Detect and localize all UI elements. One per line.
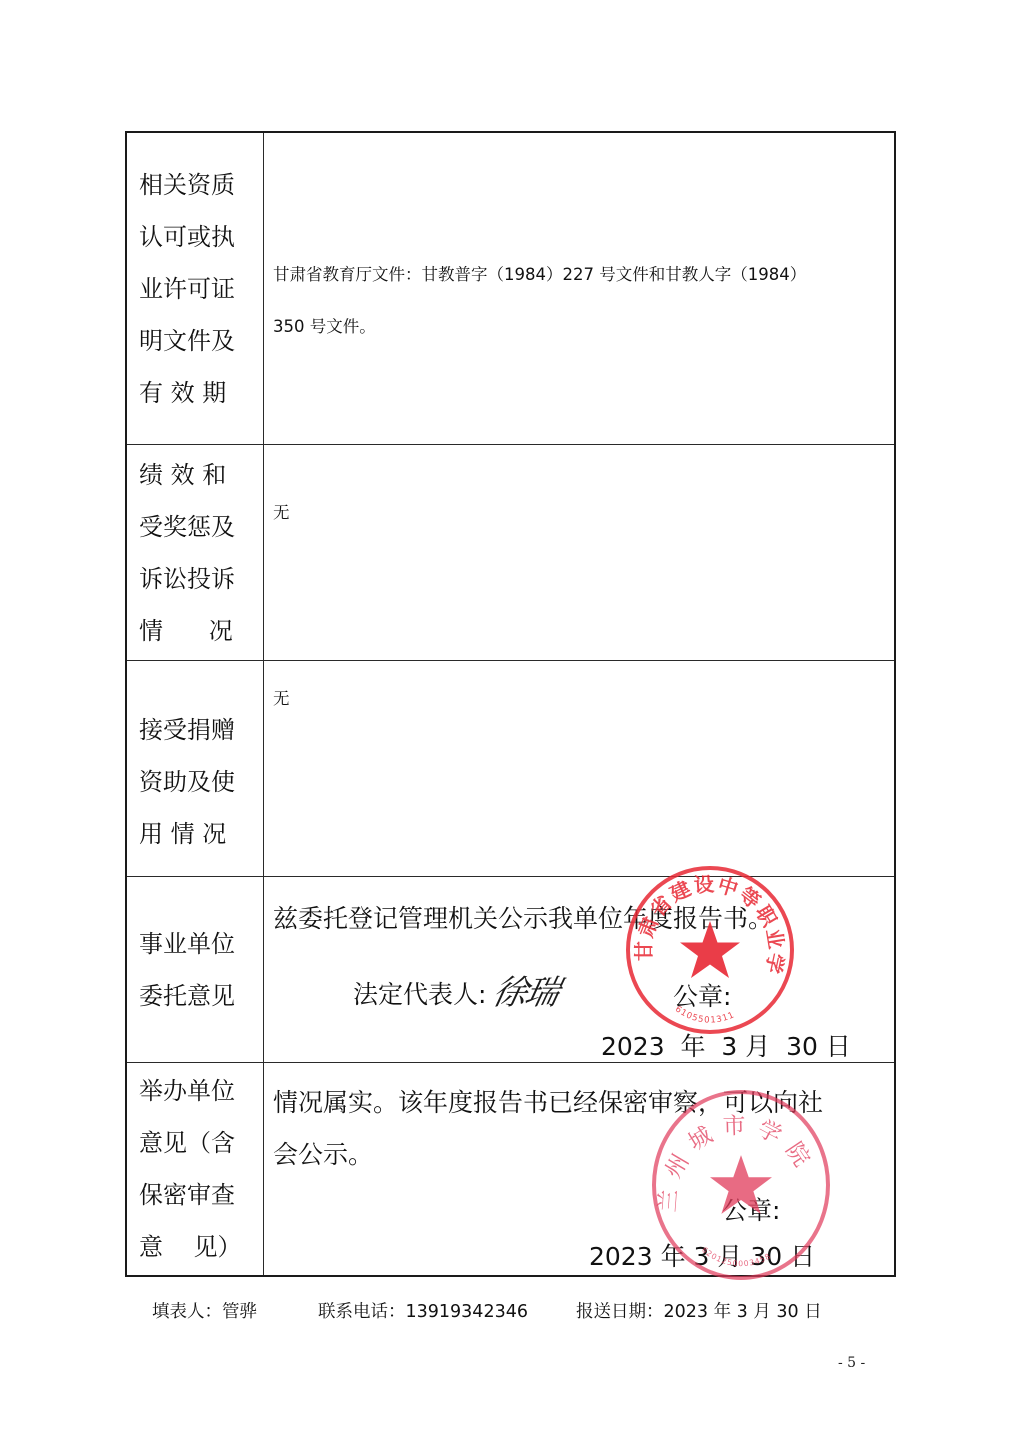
row-content: 情况属实。该年度报告书已经保密审察，可以向社 会公示。 公章: 2023 年 3… (264, 1063, 894, 1275)
row-content: 甘肃省教育厅文件：甘教普字（1984）227 号文件和甘教人字（1984） 35… (264, 133, 894, 444)
sponsor-date: 2023 年 3 月 30 日 (589, 1237, 815, 1273)
row-entrust-opinion: 事业单位 委托意见 兹委托登记管理机关公示我单位年度报告书。 法定代表人: 徐瑞… (127, 877, 894, 1063)
legal-representative-label: 法定代表人: (353, 975, 486, 1011)
label-line: 认可或执 (139, 211, 249, 263)
label-line: 业许可证 (139, 263, 249, 315)
row-performance-awards-litigation: 绩 效 和 受奖惩及 诉讼投诉 情 况 无 (127, 445, 894, 661)
document-page: 相关资质 认可或执 业许可证 明文件及 有 效 期 甘肃省教育厅文件：甘教普字（… (0, 0, 1024, 1453)
row-label: 相关资质 认可或执 业许可证 明文件及 有 效 期 (127, 133, 263, 444)
label-line: 委托意见 (139, 970, 249, 1022)
label-line: 保密审查 (139, 1169, 249, 1221)
label-line: 举办单位 (139, 1065, 249, 1117)
content-line: 甘肃省教育厅文件：甘教普字（1984）227 号文件和甘教人字（1984） (273, 261, 806, 285)
row-label: 绩 效 和 受奖惩及 诉讼投诉 情 况 (127, 445, 263, 660)
label-line: 意 见） (139, 1221, 249, 1273)
page-number: - 5 - (838, 1355, 865, 1371)
report-date: 报送日期：2023 年 3 月 30 日 (576, 1298, 822, 1323)
label-line: 绩 效 和 (139, 449, 249, 501)
row-label: 接受捐赠 资助及使 用 情 况 (127, 661, 263, 876)
label-line: 意见（含 (139, 1117, 249, 1169)
annual-report-table: 相关资质 认可或执 业许可证 明文件及 有 效 期 甘肃省教育厅文件：甘教普字（… (125, 131, 896, 1277)
entrust-statement: 兹委托登记管理机关公示我单位年度报告书。 (273, 899, 773, 935)
label-line: 用 情 况 (139, 808, 249, 860)
signature: 徐瑞 (489, 965, 563, 1014)
row-qualifications: 相关资质 认可或执 业许可证 明文件及 有 效 期 甘肃省教育厅文件：甘教普字（… (127, 133, 894, 445)
row-content: 兹委托登记管理机关公示我单位年度报告书。 法定代表人: 徐瑞 公章: 2023 … (264, 877, 894, 1062)
official-seal-label: 公章: (673, 977, 731, 1013)
filler-name: 填表人：管骅 (152, 1298, 318, 1323)
label-line: 受奖惩及 (139, 501, 249, 553)
label-line: 明文件及 (139, 315, 249, 367)
content-line: 无 (273, 499, 290, 523)
row-content: 无 (264, 445, 894, 660)
label-line: 事业单位 (139, 918, 249, 970)
row-content: 无 (264, 661, 894, 876)
label-line: 情 况 (139, 605, 249, 657)
content-line: 无 (273, 685, 290, 709)
label-line: 相关资质 (139, 159, 249, 211)
content-line: 350 号文件。 (273, 313, 376, 337)
label-line: 接受捐赠 (139, 704, 249, 756)
row-label: 举办单位 意见（含 保密审查 意 见） (127, 1063, 263, 1275)
sponsor-statement-line: 情况属实。该年度报告书已经保密审察，可以向社 (273, 1083, 823, 1119)
footer-info: 填表人：管骅 联系电话：13919342346 报送日期：2023 年 3 月 … (152, 1298, 822, 1323)
row-donations: 接受捐赠 资助及使 用 情 况 无 (127, 661, 894, 877)
label-line: 诉讼投诉 (139, 553, 249, 605)
entrust-date: 2023 年 3 月 30 日 (601, 1027, 851, 1063)
row-label: 事业单位 委托意见 (127, 877, 263, 1062)
contact-phone: 联系电话：13919342346 (318, 1298, 576, 1323)
official-seal-label: 公章: (722, 1191, 780, 1227)
label-line: 资助及使 (139, 756, 249, 808)
row-sponsor-opinion: 举办单位 意见（含 保密审查 意 见） 情况属实。该年度报告书已经保密审察，可以… (127, 1063, 894, 1275)
sponsor-statement-line: 会公示。 (273, 1135, 373, 1171)
label-line: 有 效 期 (139, 367, 249, 419)
